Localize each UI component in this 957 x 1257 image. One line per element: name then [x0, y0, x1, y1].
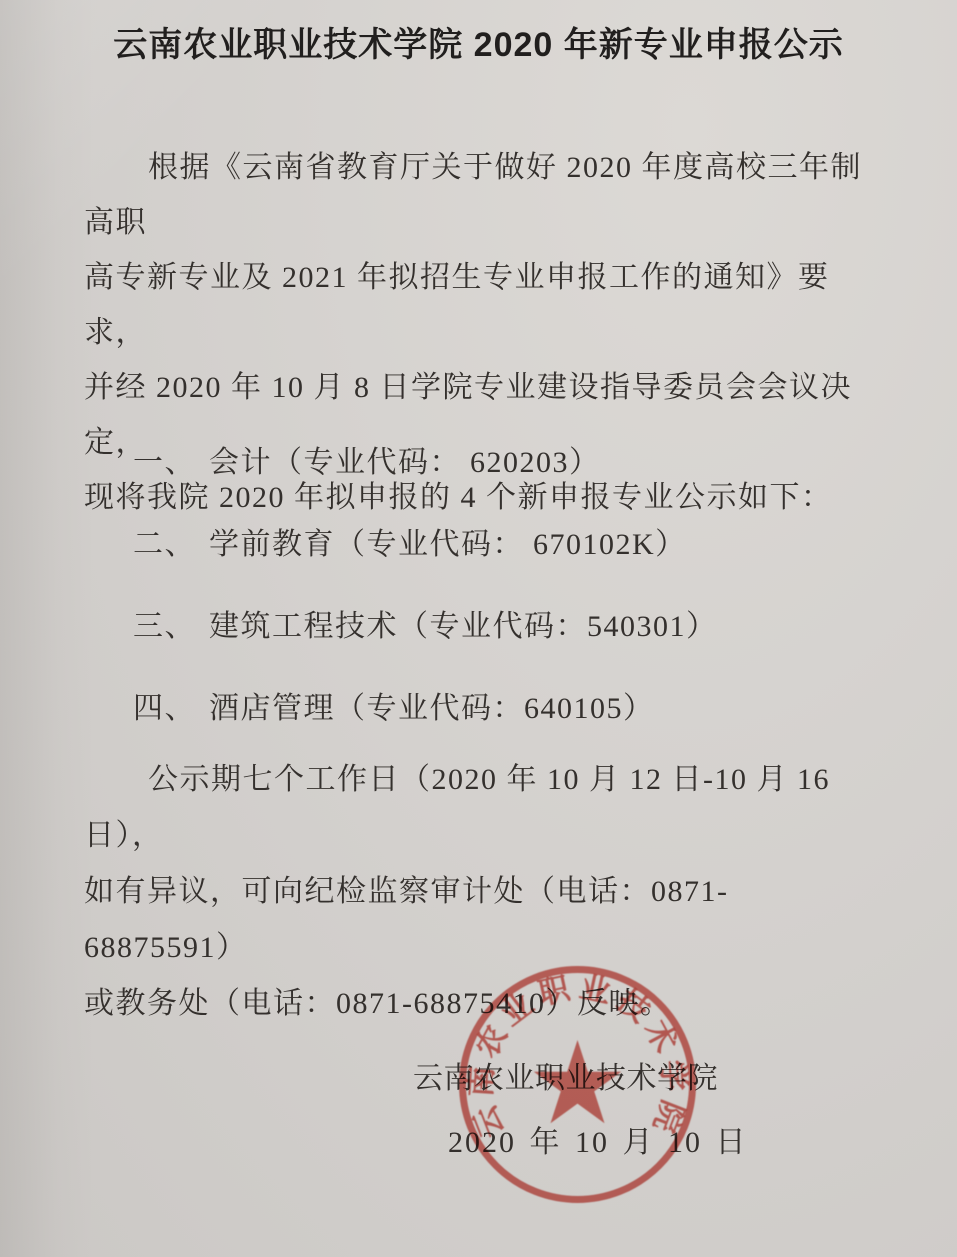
major-list-item: 三、建筑工程技术（专业代码：540301） — [133, 605, 718, 649]
paragraph-line: 公示期七个工作日（2020 年 10 月 12 日-10 月 16 日）， — [84, 752, 874, 864]
major-list-item: 四、酒店管理（专业代码：640105） — [133, 687, 655, 731]
scanned-announcement-page: 云南农业职业技术学院 2020 年新专业申报公示 根据《云南省教育厅关于做好 2… — [0, 0, 957, 1257]
list-item-text: 酒店管理（专业代码：640105） — [209, 687, 655, 731]
major-list-item: 一、会计（专业代码： 620203） — [133, 441, 601, 485]
paragraph-line: 高专新专业及 2021 年拟招生专业申报工作的通知》要求， — [84, 250, 874, 360]
list-item-marker: 三、 — [133, 605, 196, 649]
document-title: 云南农业职业技术学院 2020 年新专业申报公示 — [0, 24, 957, 66]
official-seal-stamp: 云南农业职业技术学院 — [455, 962, 700, 1207]
seal-star-icon — [534, 1040, 621, 1123]
list-item-marker: 一、 — [133, 441, 196, 485]
paragraph-line: 根据《云南省教育厅关于做好 2020 年度高校三年制高职 — [84, 140, 874, 250]
major-list-item: 二、学前教育（专业代码： 670102K） — [133, 523, 687, 567]
list-item-text: 建筑工程技术（专业代码：540301） — [209, 605, 718, 649]
list-item-marker: 四、 — [133, 687, 196, 731]
list-item-text: 会计（专业代码： 620203） — [209, 441, 601, 485]
list-item-text: 学前教育（专业代码： 670102K） — [209, 523, 687, 567]
paragraph-line: 如有异议，可向纪检监察审计处（电话：0871-68875591） — [84, 864, 874, 976]
list-item-marker: 二、 — [133, 523, 196, 567]
